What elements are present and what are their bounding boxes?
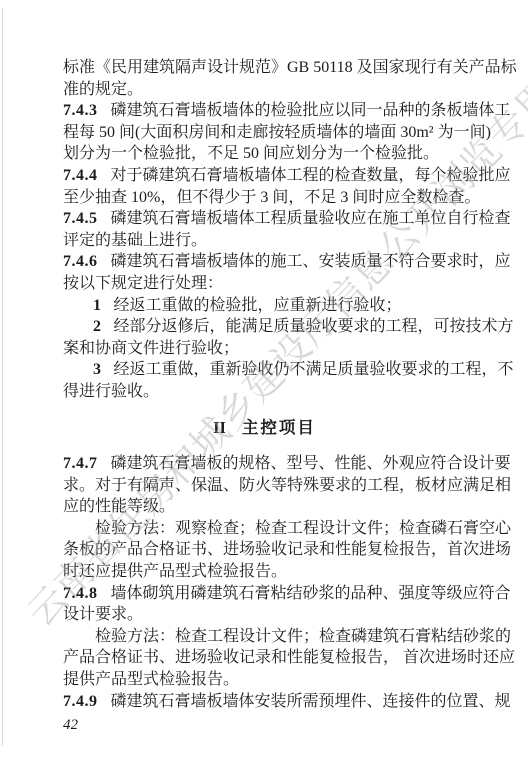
clause-number: 7.4.8 xyxy=(63,585,98,602)
line-text: 评定的基础上进行。 xyxy=(63,232,207,249)
clause-number: 7.4.6 xyxy=(63,253,98,270)
text-line: 时还应提供产品型式检验报告。 xyxy=(63,561,466,583)
text-line: 求。对于有隔声、保温、防火等特殊要求的工程，板材应满足相 xyxy=(63,475,466,497)
text-line: 设计要求。 xyxy=(63,604,466,626)
clause-number: 7.4.3 xyxy=(63,102,98,119)
clause-number: 3 xyxy=(93,361,102,378)
text-line: 3经返工重做，重新验收仍不满足质量验收要求的工程，不 xyxy=(63,359,466,381)
line-text: 条板的产品合格证书、进场验收记录和性能复检报告，首次进场 xyxy=(63,541,511,558)
page-number: 42 xyxy=(63,715,78,735)
text-line: 检验方法：观察检查；检查工程设计文件；检查磷石膏空心 xyxy=(63,518,466,540)
section-heading: II主控项目 xyxy=(63,417,466,439)
text-line: 提供产品型式检验报告。 xyxy=(63,669,466,691)
clause-number: 7.4.5 xyxy=(63,210,98,227)
page-edge-line xyxy=(2,8,3,746)
line-text: 磷建筑石膏墙板墙体的施工、安装质量不符合要求时，应 xyxy=(111,253,511,270)
line-text: 产品合格证书、进场验收记录和性能复检报告， 首次进场时还应 xyxy=(63,649,515,666)
text-line: 评定的基础上进行。 xyxy=(63,230,466,252)
clause-number: 2 xyxy=(93,318,102,335)
line-text: 对于磷建筑石膏墙板墙体工程的检查数量，每个检验批应 xyxy=(111,167,511,184)
line-text: 经返工重做，重新验收仍不满足质量验收要求的工程，不 xyxy=(114,361,514,378)
clause-number: 7.4.4 xyxy=(63,167,98,184)
line-text: 磷建筑石膏墙板墙体安装所需预埋件、连接件的位置、规 xyxy=(111,693,511,710)
line-text: 经部分返修后，能满足质量验收要求的工程，可按技术方 xyxy=(114,318,514,335)
line-text: 标准《民用建筑隔声设计规范》GB 50118 及国家现行有关产品标 xyxy=(63,59,517,76)
text-line: 2经部分返修后，能满足质量验收要求的工程，可按技术方 xyxy=(63,316,466,338)
line-text: 设计要求。 xyxy=(63,606,143,623)
text-line: 7.4.4对于磷建筑石膏墙板墙体工程的检查数量，每个检验批应 xyxy=(63,165,466,187)
line-text: 得进行验收。 xyxy=(63,383,159,400)
text-line: 1经返工重做的检验批，应重新进行验收； xyxy=(63,295,466,317)
text-line: 产品合格证书、进场验收记录和性能复检报告， 首次进场时还应 xyxy=(63,647,466,669)
line-text: 案和协商文件进行验收； xyxy=(63,340,239,357)
line-text: 磷建筑石膏墙板墙体的检验批应以同一品种的条板墙体工 xyxy=(111,102,511,119)
text-line: 7.4.5磷建筑石膏墙板墙体工程质量验收应在施工单位自行检查 xyxy=(63,208,466,230)
line-text: 应的性能等级。 xyxy=(63,498,175,515)
text-line: 划分为一个检验批，不足 50 间应划分为一个检验批。 xyxy=(63,143,466,165)
line-text: 按以下规定进行处理： xyxy=(63,275,223,292)
text-line: 程每 50 间(大面积房间和走廊按轻质墙体的墙面 30m² 为一间) xyxy=(63,122,466,144)
section-numeral: II xyxy=(213,418,226,437)
document-body: 标准《民用建筑隔声设计规范》GB 50118 及国家现行有关产品标准的规定。7.… xyxy=(63,57,466,712)
text-line: 7.4.6磷建筑石膏墙板墙体的施工、安装质量不符合要求时，应 xyxy=(63,251,466,273)
line-text: 检验方法：观察检查；检查工程设计文件；检查磷石膏空心 xyxy=(95,520,511,537)
text-line: 准的规定。 xyxy=(63,79,466,101)
line-text: 划分为一个检验批，不足 50 间应划分为一个检验批。 xyxy=(63,145,439,162)
line-text: 墙体砌筑用磷建筑石膏粘结砂浆的品种、强度等级应符合 xyxy=(111,585,511,602)
clause-number: 1 xyxy=(93,297,102,314)
text-line: 应的性能等级。 xyxy=(63,496,466,518)
line-text: 时还应提供产品型式检验报告。 xyxy=(63,563,287,580)
line-text: 求。对于有隔声、保温、防火等特殊要求的工程，板材应满足相 xyxy=(63,477,511,494)
line-text: 磷建筑石膏墙板墙体工程质量验收应在施工单位自行检查 xyxy=(111,210,511,227)
text-line: 7.4.8墙体砌筑用磷建筑石膏粘结砂浆的品种、强度等级应符合 xyxy=(63,583,466,605)
text-line: 标准《民用建筑隔声设计规范》GB 50118 及国家现行有关产品标 xyxy=(63,57,466,79)
text-line: 7.4.3磷建筑石膏墙板墙体的检验批应以同一品种的条板墙体工 xyxy=(63,100,466,122)
line-text: 程每 50 间(大面积房间和走廊按轻质墙体的墙面 30m² 为一间) xyxy=(63,124,491,141)
line-text: 至少抽查 10%，但不得少于 3 间，不足 3 间时应全数检查。 xyxy=(63,189,480,206)
clause-number: 7.4.9 xyxy=(63,693,98,710)
line-text: 检验方法：检查工程设计文件；检查磷建筑石膏粘结砂浆的 xyxy=(95,628,511,645)
text-line: 7.4.9磷建筑石膏墙板墙体安装所需预埋件、连接件的位置、规 xyxy=(63,691,466,713)
section-title: 主控项目 xyxy=(242,419,316,437)
document-page: 云南省住房和城乡建设厅信息公开浏览专用 标准《民用建筑隔声设计规范》GB 501… xyxy=(0,0,528,767)
text-line: 得进行验收。 xyxy=(63,381,466,403)
text-line: 案和协商文件进行验收； xyxy=(63,338,466,360)
text-line: 条板的产品合格证书、进场验收记录和性能复检报告，首次进场 xyxy=(63,539,466,561)
text-line: 7.4.7磷建筑石膏墙板的规格、型号、性能、外观应符合设计要 xyxy=(63,453,466,475)
line-text: 磷建筑石膏墙板的规格、型号、性能、外观应符合设计要 xyxy=(111,455,511,472)
line-text: 经返工重做的检验批，应重新进行验收； xyxy=(114,297,402,314)
line-text: 提供产品型式检验报告。 xyxy=(63,671,239,688)
clause-number: 7.4.7 xyxy=(63,455,98,472)
text-line: 按以下规定进行处理： xyxy=(63,273,466,295)
text-line: 检验方法：检查工程设计文件；检查磷建筑石膏粘结砂浆的 xyxy=(63,626,466,648)
text-line: 至少抽查 10%，但不得少于 3 间，不足 3 间时应全数检查。 xyxy=(63,187,466,209)
line-text: 准的规定。 xyxy=(63,81,143,98)
